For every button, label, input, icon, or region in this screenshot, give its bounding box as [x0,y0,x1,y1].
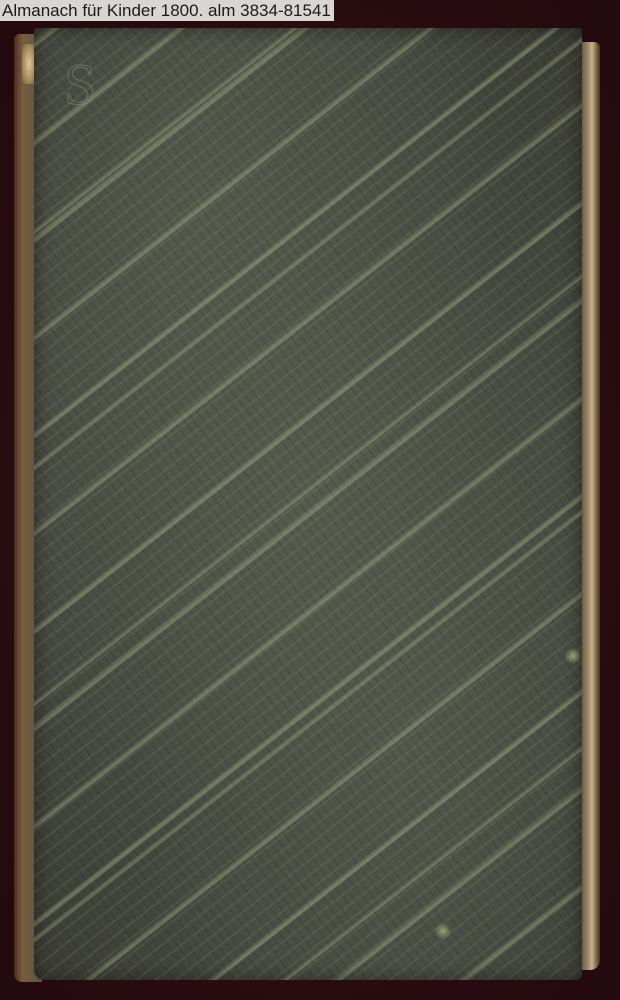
embossed-letter: S [64,56,96,114]
image-caption: Almanach für Kinder 1800. alm 3834-81541 [0,0,334,21]
book: S [14,28,600,985]
photo-frame: Almanach für Kinder 1800. alm 3834-81541… [0,0,620,1000]
page-edge [582,42,600,970]
book-cover: S [34,28,582,980]
cover-stain [564,648,582,664]
cover-stain [434,923,452,939]
